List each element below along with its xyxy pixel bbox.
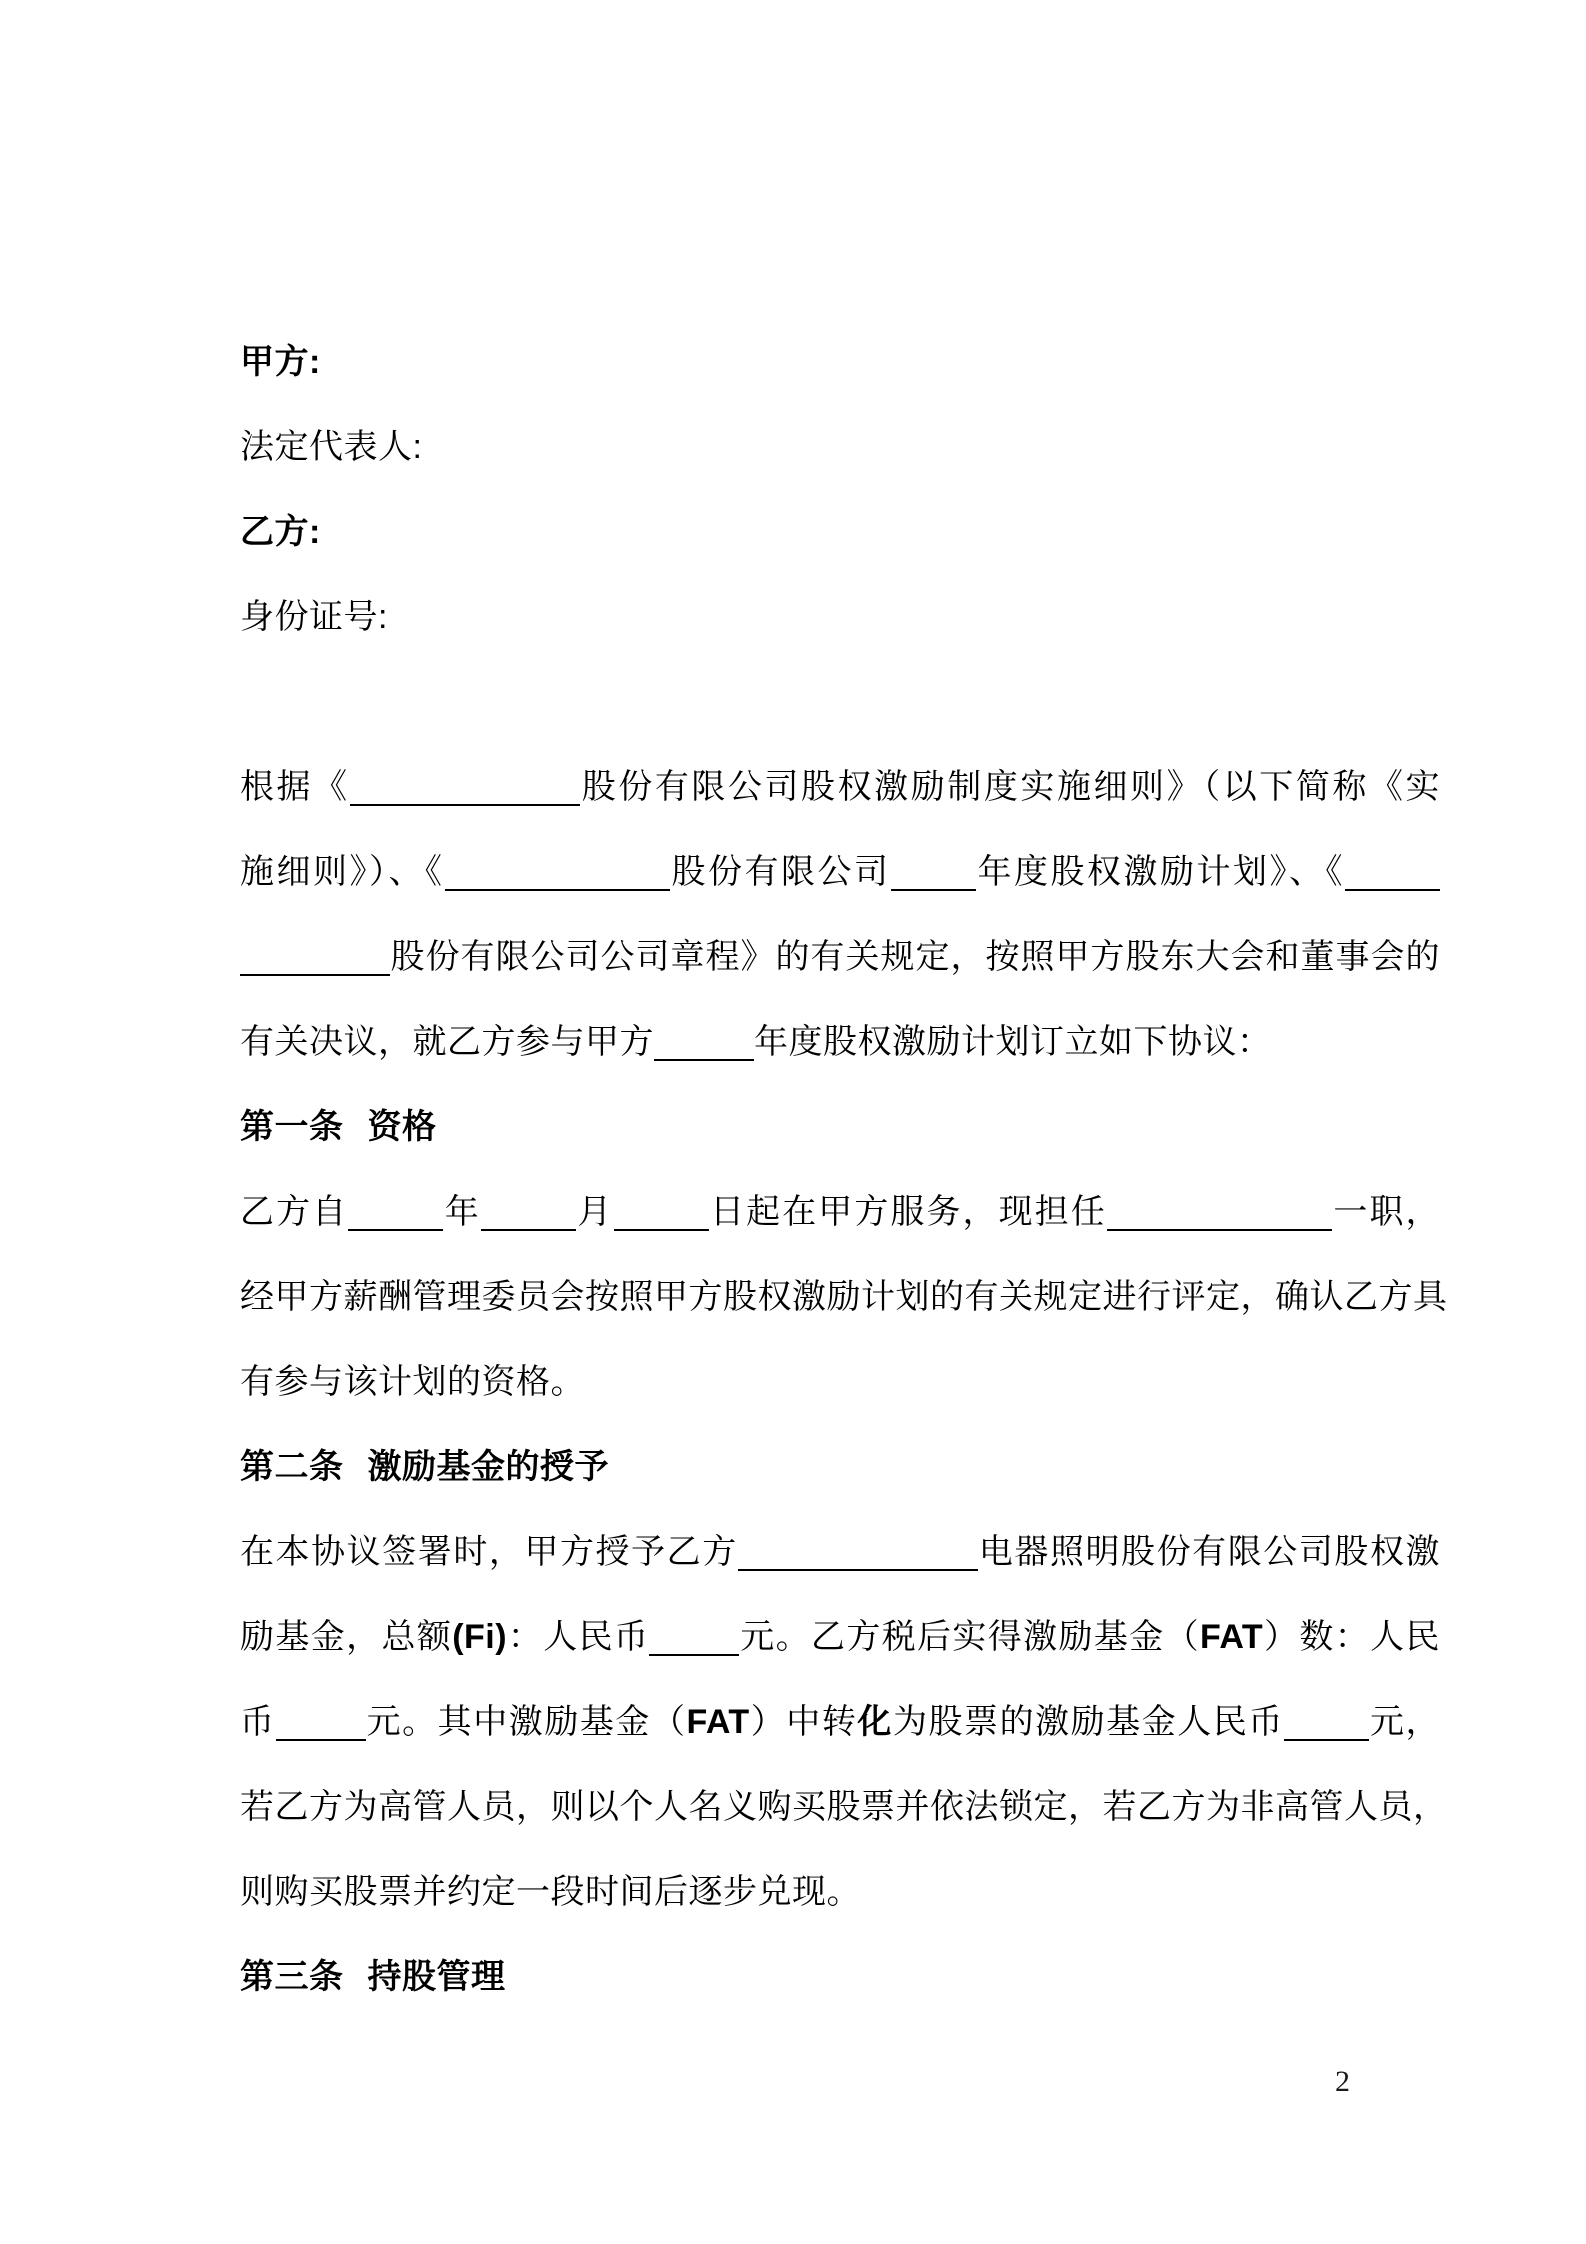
text-run: 日起在甲方服务，现担任 [709, 1193, 1107, 1231]
preamble-line-3: 股份有限公司公司章程》的有关规定，按照甲方股东大会和董事会的 [240, 915, 1440, 1000]
clause-1-line-2: 经甲方薪酬管理委员会按照甲方股权激励计划的有关规定进行评定，确认乙方具 [240, 1255, 1440, 1340]
preamble-line-4: 有关决议，就乙方参与甲方年度股权激励计划订立如下协议： [240, 1000, 1440, 1085]
text-run: 元。其中激励基金（ [366, 1703, 687, 1741]
text-run: (Fi) [452, 1618, 507, 1656]
blank-underline [738, 1539, 978, 1571]
text-run: 第二条 [240, 1448, 344, 1486]
text-run: 股份有限公司公司章程》的有关规定，按照甲方股东大会和董事会的 [390, 938, 1440, 976]
text-run: 股份有限公司 [670, 853, 891, 891]
id-number-label: 身份证号: [240, 575, 1440, 660]
clause-2-line-1: 在本协议签署时，甲方授予乙方电器照明股份有限公司股权激 [240, 1510, 1440, 1595]
text-run: 元。乙方税后实得激励基金（ [739, 1618, 1200, 1656]
blank-underline [348, 1199, 443, 1231]
blank-underline [649, 1624, 739, 1656]
text-run: 电器照明股份有限公司股权激 [978, 1533, 1440, 1571]
text-run: 若乙方为高管人员，则以个人名义购买股票并依法锁定，若乙方为非高管人员， [240, 1788, 1448, 1826]
clause-2-line-3: 币元。其中激励基金（FAT）中转化为股票的激励基金人民币元， [240, 1680, 1440, 1765]
text-run: 化 [857, 1703, 893, 1741]
clause-1-line-3: 有参与该计划的资格。 [240, 1340, 1440, 1425]
text-run: 经甲方薪酬管理委员会按照甲方股权激励计划的有关规定进行评定，确认乙方具 [240, 1278, 1448, 1316]
text-run: 第一条 [240, 1108, 344, 1146]
document-body: 甲方:法定代表人:乙方:身份证号:根据《股份有限公司股权激励制度实施细则》（以下… [240, 320, 1440, 2020]
clause-2-line-2: 励基金，总额(Fi)：人民币元。乙方税后实得激励基金（FAT）数：人民 [240, 1595, 1440, 1680]
blank-underline [1107, 1199, 1332, 1231]
blank-underline [481, 1199, 576, 1231]
clause-2-heading: 第二条激励基金的授予 [240, 1425, 1440, 1510]
text-run: 则购买股票并约定一段时间后逐步兑现。 [240, 1873, 861, 1911]
text-run: FAT [687, 1703, 750, 1741]
text-run: 甲方: [240, 343, 321, 381]
blank-underline [891, 859, 976, 891]
text-run: 年度股权激励计划》、《 [976, 853, 1346, 891]
party-a-label: 甲方: [240, 320, 1440, 405]
text-run: 年 [443, 1193, 481, 1231]
blank-underline [445, 859, 670, 891]
clause-2-line-4: 若乙方为高管人员，则以个人名义购买股票并依法锁定，若乙方为非高管人员， [240, 1765, 1440, 1850]
clause-1-heading: 第一条资格 [240, 1085, 1440, 1170]
text-run: 持股管理 [368, 1958, 506, 1996]
text-run: 法定代表人: [240, 428, 422, 466]
text-run: 激励基金的授予 [368, 1448, 610, 1486]
page-number: 2 [1335, 2062, 1350, 2102]
blank-underline [1284, 1709, 1369, 1741]
text-run: 乙方自 [240, 1193, 348, 1231]
text-run: 励基金，总额 [240, 1618, 452, 1656]
text-run: FAT [1200, 1618, 1263, 1656]
text-run: 有参与该计划的资格。 [240, 1363, 585, 1401]
text-run: ）数：人民 [1263, 1618, 1440, 1656]
legal-representative-label: 法定代表人: [240, 405, 1440, 490]
text-run: 在本协议签署时，甲方授予乙方 [240, 1533, 738, 1571]
text-run: 币 [240, 1703, 276, 1741]
text-run: 资格 [368, 1108, 437, 1146]
text-run: 第三条 [240, 1958, 344, 1996]
blank-underline [240, 944, 390, 976]
text-run: 施细则》）、《 [240, 853, 445, 891]
text-run: ：人民币 [507, 1618, 649, 1656]
clause-1-line-1: 乙方自年月日起在甲方服务，现担任一职， [240, 1170, 1440, 1255]
text-run: 股份有限公司股权激励制度实施细则》（以下简称《实 [580, 768, 1440, 806]
text-run: 一职， [1332, 1193, 1440, 1231]
preamble-line-2: 施细则》）、《股份有限公司年度股权激励计划》、《 [240, 830, 1440, 915]
blank-underline [276, 1709, 366, 1741]
clause-3-heading: 第三条持股管理 [240, 1935, 1440, 2020]
text-run: 根据《 [240, 768, 350, 806]
party-b-label: 乙方: [240, 490, 1440, 575]
clause-2-line-5: 则购买股票并约定一段时间后逐步兑现。 [240, 1850, 1440, 1935]
text-run: 月 [576, 1193, 614, 1231]
text-run: ）中转 [750, 1703, 858, 1741]
blank-underline [654, 1029, 754, 1061]
text-run: 元， [1369, 1703, 1440, 1741]
text-run: 为股票的激励基金人民币 [893, 1703, 1284, 1741]
preamble-line-1: 根据《股份有限公司股权激励制度实施细则》（以下简称《实 [240, 745, 1440, 830]
blank-underline [1345, 859, 1440, 891]
text-run: 有关决议，就乙方参与甲方 [240, 1023, 654, 1061]
blank-underline [350, 774, 580, 806]
text-run: 年度股权激励计划订立如下协议： [754, 1023, 1272, 1061]
blank-line [240, 660, 1440, 745]
blank-underline [614, 1199, 709, 1231]
text-run: 身份证号: [240, 598, 388, 636]
text-run: 乙方: [240, 513, 321, 551]
